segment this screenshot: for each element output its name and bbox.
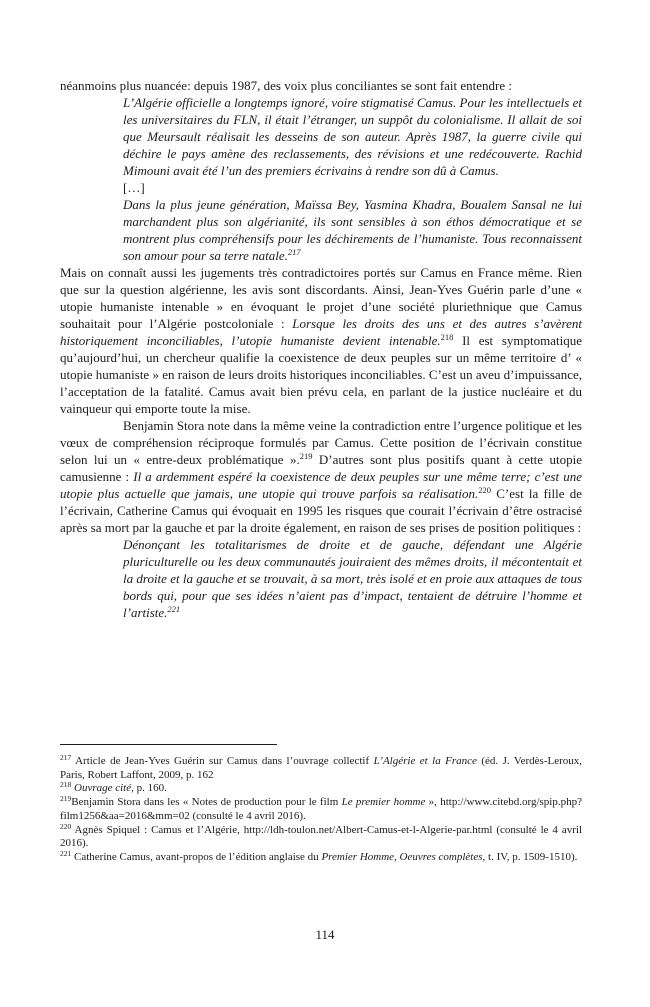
footnote-number: 218 [60, 780, 71, 789]
document-page: néanmoins plus nuancée: depuis 1987, des… [0, 0, 650, 1007]
text-run: Benjamin Stora dans les « Notes de produ… [71, 796, 341, 808]
text-run: Dans la plus jeune génération, Maïssa Be… [123, 197, 582, 263]
footnote: 217 Article de Jean-Yves Guérin sur Camu… [60, 755, 582, 782]
block-quote: […] [123, 179, 582, 196]
text-run: […] [123, 180, 145, 195]
footnote: 218 Ouvrage cité, p. 160. [60, 782, 582, 796]
body-paragraph: Benjamin Stora note dans la même veine l… [60, 417, 582, 536]
text-run: Dénonçant les totalitarismes de droite e… [123, 537, 582, 620]
block-quote: Dans la plus jeune génération, Maïssa Be… [123, 196, 582, 264]
footnote-number: 220 [60, 822, 71, 831]
footnote-number: 221 [60, 849, 71, 858]
text-run: Premier Homme [321, 851, 394, 863]
footnote-reference: 221 [167, 604, 180, 614]
text-run: , t. IV, p. 1509-1510). [483, 851, 578, 863]
text-run: L’Algérie officielle a longtemps ignoré,… [123, 95, 582, 178]
text-run: Ouvrage cité [74, 782, 131, 794]
text-run: L’Algérie et la France [374, 755, 477, 767]
page-body: néanmoins plus nuancée: depuis 1987, des… [60, 77, 582, 737]
text-run: Article de Jean-Yves Guérin sur Camus da… [71, 755, 373, 767]
footnote-number: 219 [60, 794, 71, 803]
block-quote: Dénonçant les totalitarismes de droite e… [123, 536, 582, 621]
footnote-area: 217 Article de Jean-Yves Guérin sur Camu… [60, 744, 582, 865]
footnotes-list: 217 Article de Jean-Yves Guérin sur Camu… [60, 755, 582, 865]
footnote: 219Benjamin Stora dans les « Notes de pr… [60, 796, 582, 823]
footnote-number: 217 [60, 753, 71, 762]
block-quote: L’Algérie officielle a longtemps ignoré,… [123, 94, 582, 179]
body-paragraph: néanmoins plus nuancée: depuis 1987, des… [60, 77, 582, 94]
body-paragraph: Mais on connaît aussi les jugements très… [60, 264, 582, 417]
text-run: Le premier homme [342, 796, 426, 808]
page-number: 114 [0, 927, 650, 943]
text-run: , p. 160. [131, 782, 167, 794]
footnote: 221 Catherine Camus, avant-propos de l’é… [60, 851, 582, 865]
text-run: Oeuvres complètes [400, 851, 483, 863]
footnote-separator [60, 744, 277, 745]
footnote-reference: 217 [288, 247, 301, 257]
footnote-reference: 219 [300, 451, 313, 461]
footnote: 220 Agnès Spiquel : Camus et l’Algérie, … [60, 824, 582, 851]
text-run: Agnès Spiquel : Camus et l’Algérie, http… [60, 824, 582, 850]
text-run: Catherine Camus, avant-propos de l’éditi… [71, 851, 321, 863]
footnote-reference: 220 [478, 485, 491, 495]
text-run: néanmoins plus nuancée: depuis 1987, des… [60, 78, 512, 93]
footnote-reference: 218 [441, 332, 454, 342]
